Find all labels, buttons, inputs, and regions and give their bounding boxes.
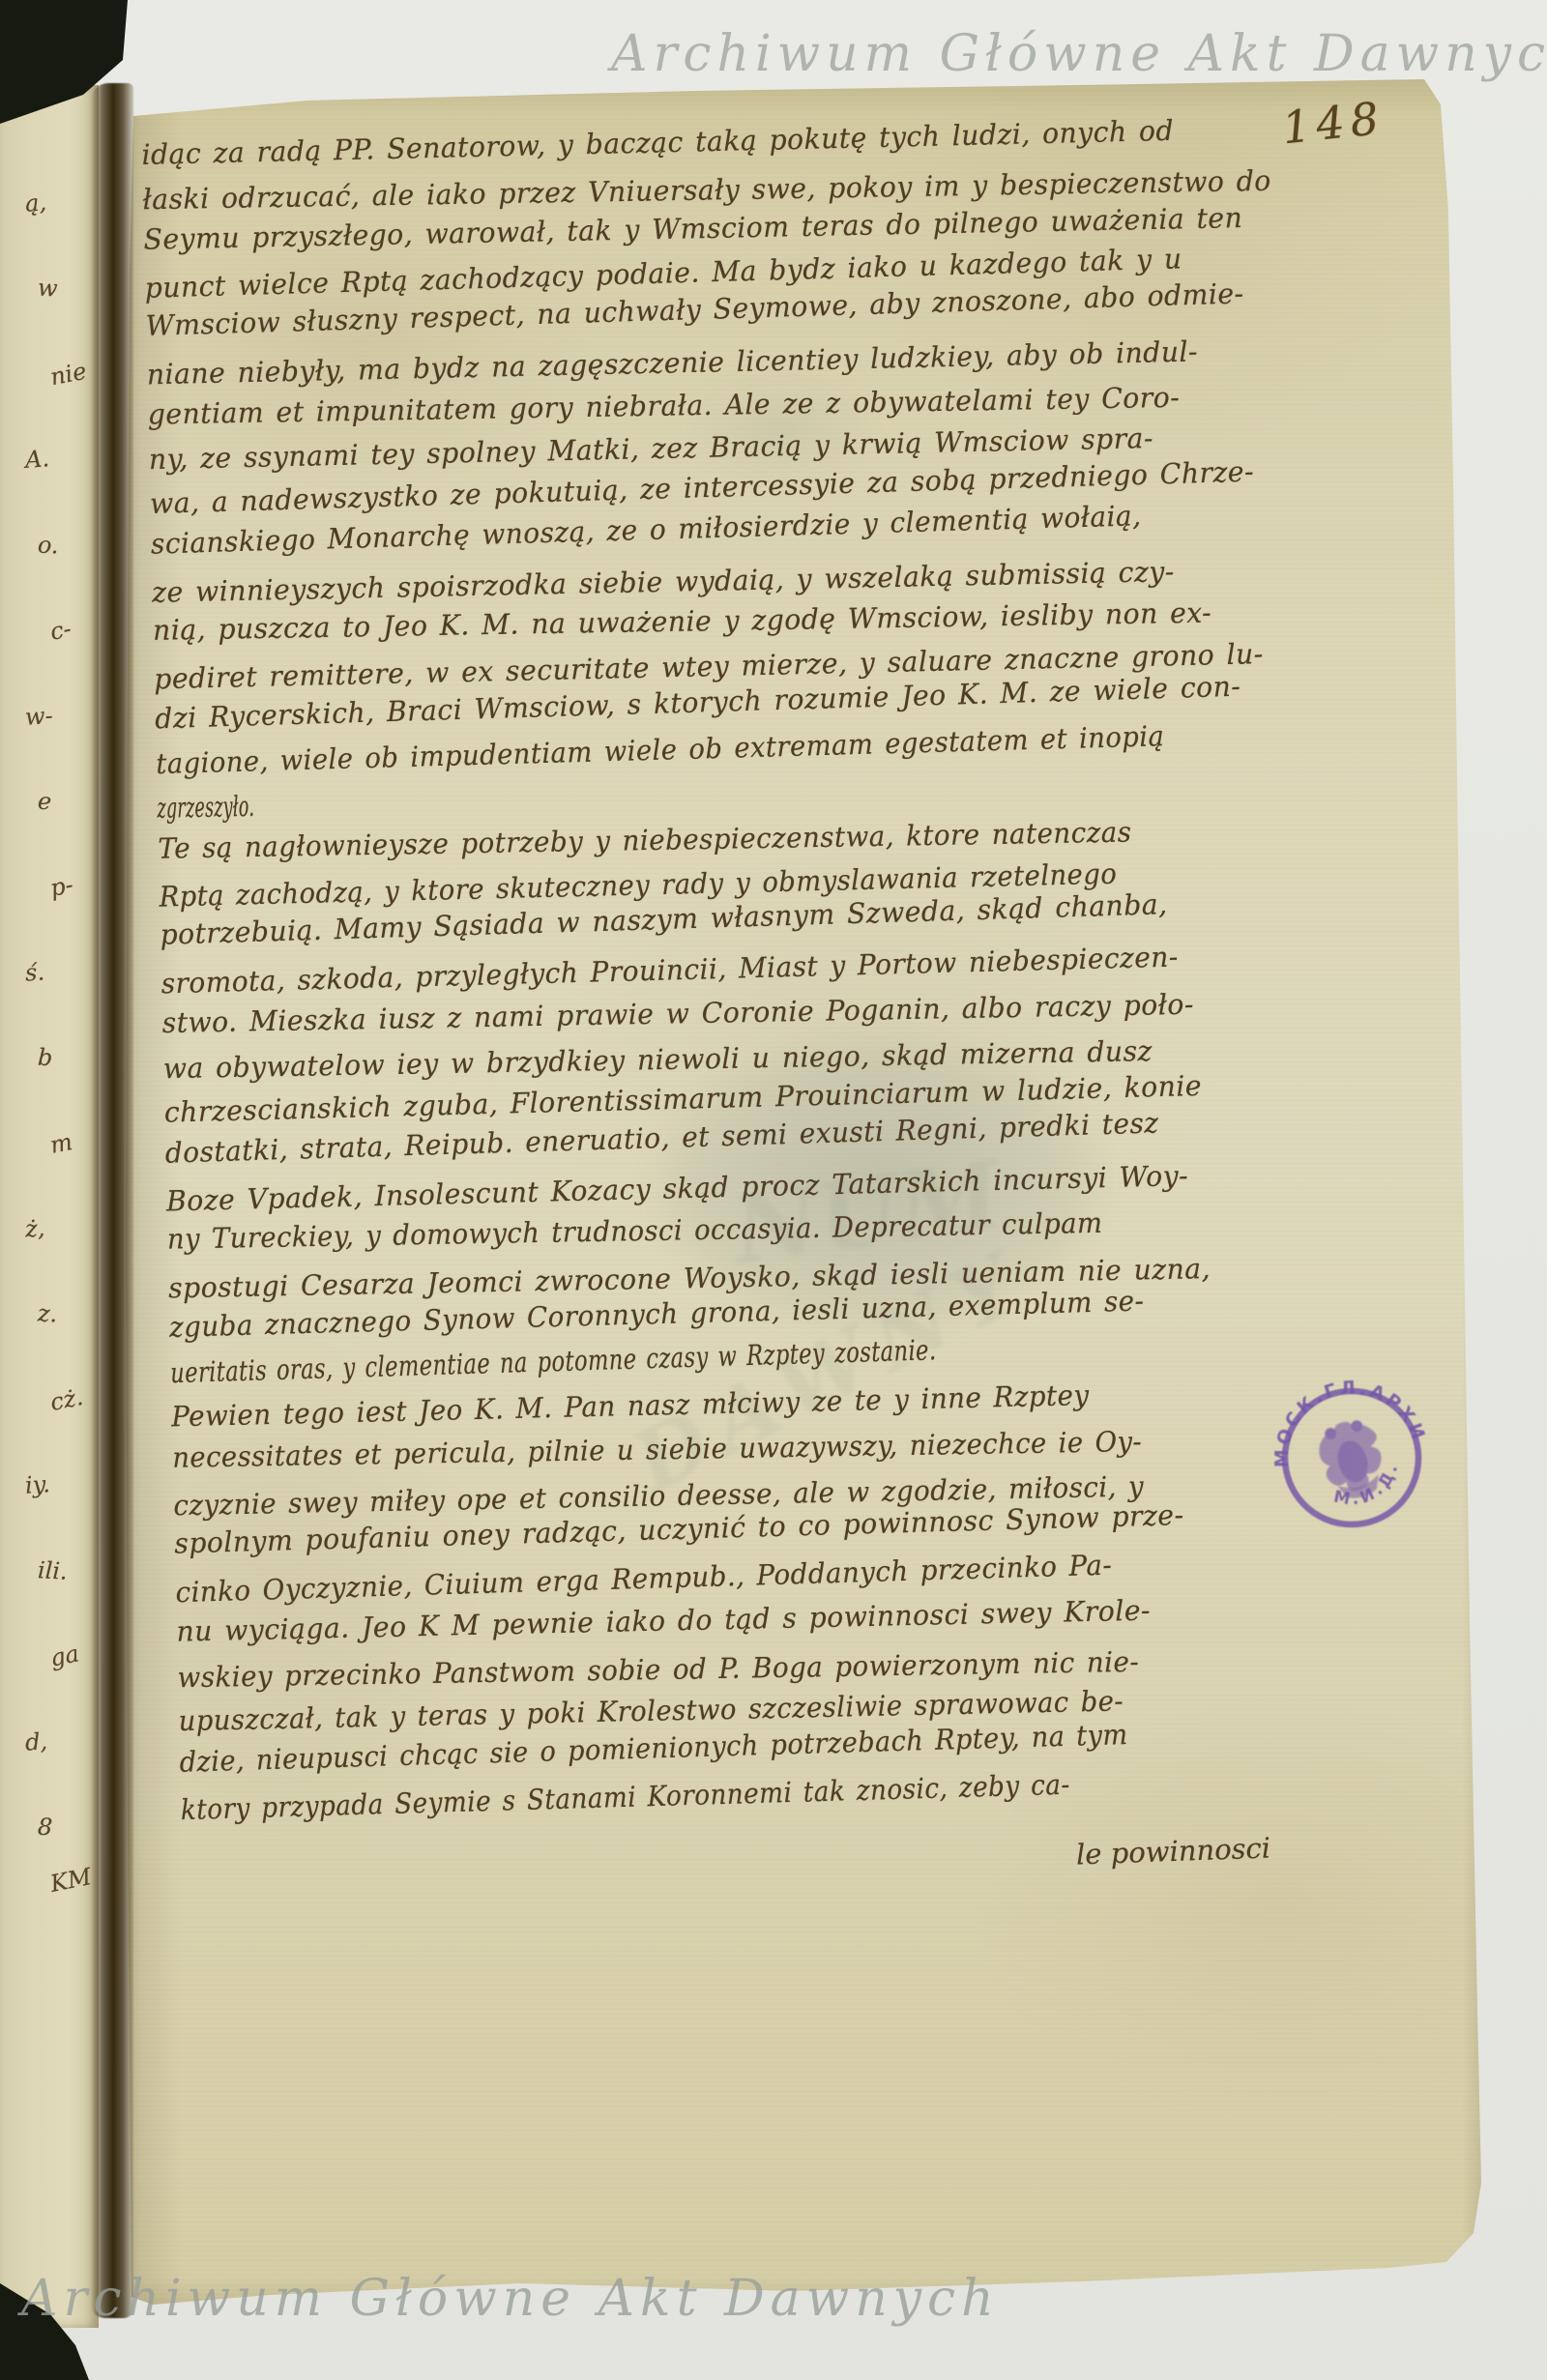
archive-watermark-bottom: Archiwum Główne Akt Dawnych <box>21 2270 1000 2328</box>
facing-page-text-fragment: w <box>37 276 58 301</box>
archive-watermark-top: Archiwum Główne Akt Dawnych <box>611 25 1547 83</box>
facing-page-text-fragment: m <box>48 1130 74 1157</box>
facing-page-text-fragment: 8 <box>37 1815 52 1840</box>
book-gutter-shadow <box>91 83 133 2318</box>
facing-page-text-fragment: z. <box>37 1302 57 1326</box>
manuscript-scan: NUM DAWNY 148 idąc za radą PP. Senatorow… <box>0 0 1547 2380</box>
facing-page-text-fragment: d, <box>24 1729 47 1754</box>
facing-page-text-fragment: ś. <box>24 960 44 984</box>
manuscript-page: NUM DAWNY 148 idąc za radą PP. Senatorow… <box>114 75 1487 2310</box>
facing-page-text-fragment: A. <box>24 447 50 472</box>
facing-page-text-fragment: KM <box>48 1865 93 1896</box>
facing-page-text-fragment: ili. <box>37 1558 68 1582</box>
facing-page-text-fragment: nie <box>48 359 88 389</box>
manuscript-text-block: idąc za radą PP. Senatorow, y bacząc tak… <box>141 103 1457 1830</box>
facing-page-text-fragment: b <box>37 1046 52 1070</box>
facing-page-text-fragment: o. <box>37 533 59 557</box>
facing-page-text-fragment: ą, <box>24 190 47 215</box>
facing-page-text-fragment: ż, <box>24 1216 45 1240</box>
facing-page-text-fragment: ga <box>48 1641 81 1669</box>
facing-page-edge: ą,wnieA.o.c-w-ep-ś.bmż,z.cż.iy.ili.gad,8… <box>0 85 99 2328</box>
facing-page-text-fragment: iy. <box>24 1473 50 1497</box>
facing-page-text-fragment: e <box>37 790 51 814</box>
catchword: le powinnosci <box>1075 1832 1270 1872</box>
facing-page-text-fragment: p- <box>48 873 75 900</box>
facing-page-text-fragment: w- <box>24 704 53 729</box>
facing-page-text-fragment: cż. <box>48 1385 85 1414</box>
facing-page-text-fragment: c- <box>48 617 73 644</box>
